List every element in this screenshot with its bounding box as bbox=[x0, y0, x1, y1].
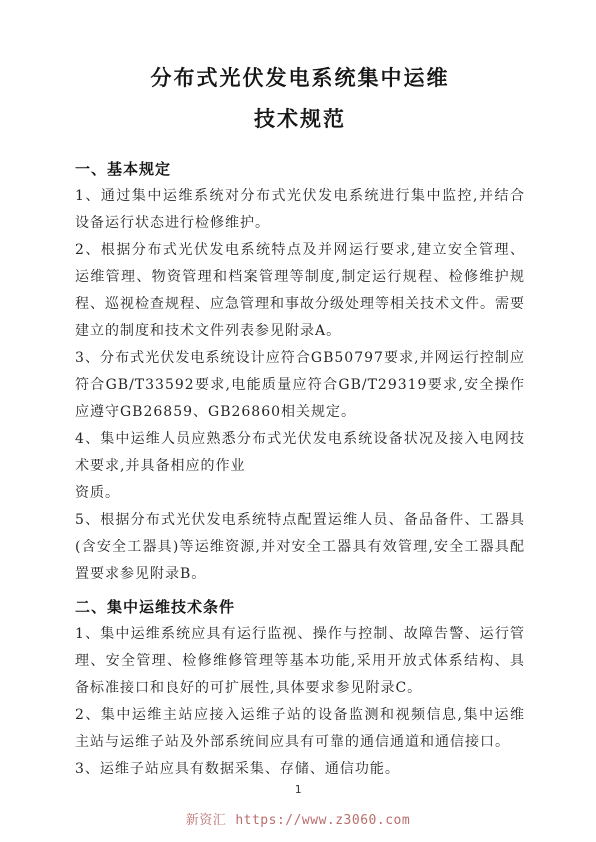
paragraph: 4、集中运维人员应熟悉分布式光伏发电系统设备状况及接入电网技术要求,并具备相应的… bbox=[75, 426, 525, 507]
paragraph: 5、根据分布式光伏发电系统特点配置运维人员、备品备件、工器具(含安全工器具)等运… bbox=[75, 507, 525, 588]
document-content: 分布式光伏发电系统集中运维 技术规范 一、基本规定 1、通过集中运维系统对分布式… bbox=[0, 0, 596, 783]
section-heading: 一、基本规定 bbox=[75, 156, 525, 183]
document-page: 分布式光伏发电系统集中运维 技术规范 一、基本规定 1、通过集中运维系统对分布式… bbox=[0, 0, 596, 842]
paragraph: 2、根据分布式光伏发电系统特点及并网运行要求,建立安全管理、运维管理、物资管理和… bbox=[75, 237, 525, 345]
watermark-url: https://www.z3060.com bbox=[235, 813, 410, 828]
document-title: 分布式光伏发电系统集中运维 技术规范 bbox=[75, 58, 525, 140]
section-heading: 二、集中运维技术条件 bbox=[75, 594, 525, 621]
section-basic-rules: 一、基本规定 1、通过集中运维系统对分布式光伏发电系统进行集中监控,并结合设备运… bbox=[75, 156, 525, 588]
document-title-line-2: 技术规范 bbox=[75, 99, 525, 140]
document-title-line-1: 分布式光伏发电系统集中运维 bbox=[75, 58, 525, 99]
page-number: 1 bbox=[0, 783, 596, 797]
paragraph: 3、分布式光伏发电系统设计应符合GB50797要求,并网运行控制应符合GB/T3… bbox=[75, 345, 525, 426]
watermark: 新资汇https://www.z3060.com bbox=[0, 812, 596, 830]
paragraph: 2、集中运维主站应接入运维子站的设备监测和视频信息,集中运维主站与运维子站及外部… bbox=[75, 702, 525, 756]
paragraph: 1、集中运维系统应具有运行监视、操作与控制、故障告警、运行管理、安全管理、检修维… bbox=[75, 621, 525, 702]
paragraph: 3、运维子站应具有数据采集、存储、通信功能。 bbox=[75, 756, 525, 783]
paragraph: 1、通过集中运维系统对分布式光伏发电系统进行集中监控,并结合设备运行状态进行检修… bbox=[75, 183, 525, 237]
section-tech-conditions: 二、集中运维技术条件 1、集中运维系统应具有运行监视、操作与控制、故障告警、运行… bbox=[75, 594, 525, 783]
watermark-site-name: 新资汇 bbox=[186, 813, 227, 828]
